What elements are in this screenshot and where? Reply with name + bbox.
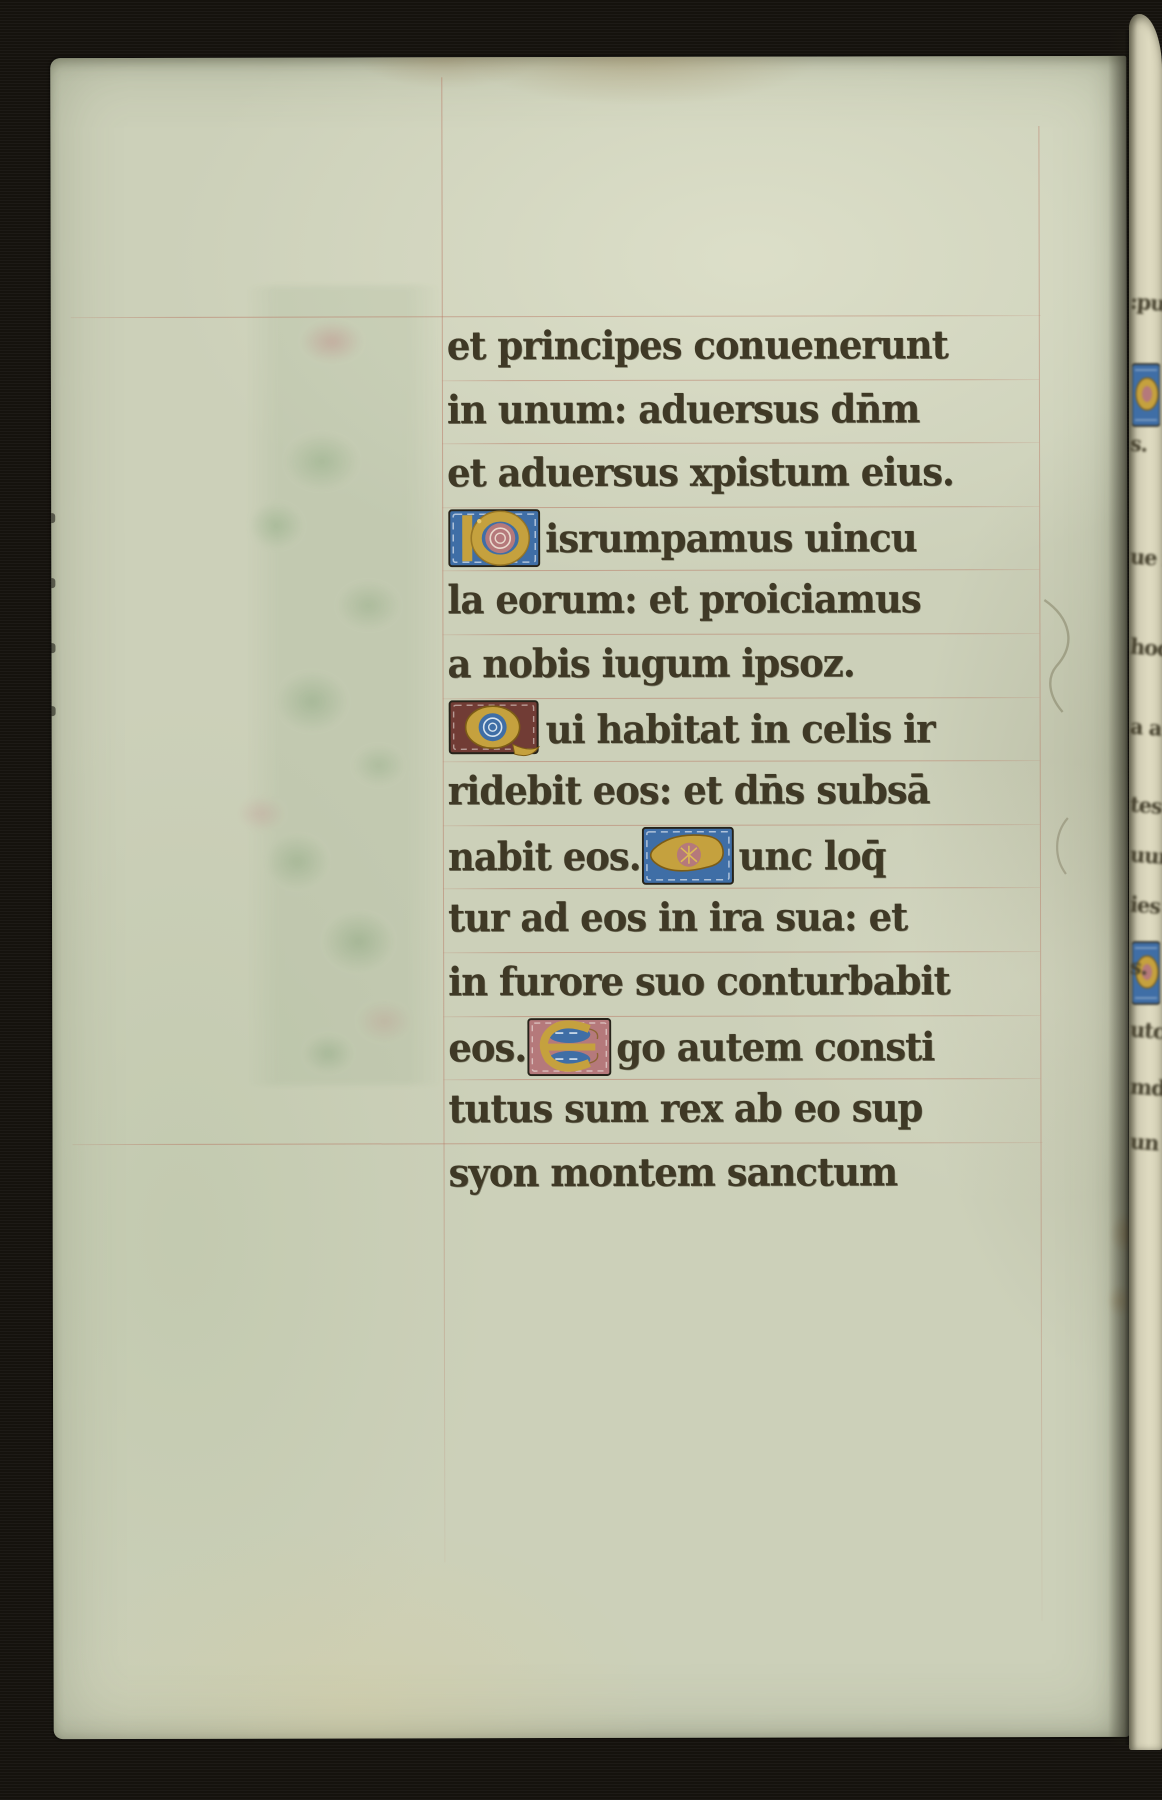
edge-text-fragment: uun xyxy=(1129,842,1162,870)
gothic-text: in unum: aduersus dn̄m xyxy=(447,377,920,439)
manuscript-text-line: isrumpamus uincu xyxy=(447,508,1007,573)
gothic-text: syon montem sanctum xyxy=(449,1141,898,1203)
gothic-text: unc loq̄ xyxy=(739,825,886,887)
illuminated-initial-e xyxy=(527,1018,611,1076)
binding-notch xyxy=(50,578,55,588)
manuscript-text-line: in unum: aduersus dn̄m xyxy=(447,381,1007,446)
gothic-text: ridebit eos: et dn̄s subsā xyxy=(448,759,930,821)
illuminated-initial-d xyxy=(448,509,540,567)
gothic-text: a nobis iugum ipsoz. xyxy=(447,632,854,694)
edge-text-fragment: a a u xyxy=(1129,714,1162,742)
facing-page-edge: :pud s.ue filhodua a utes luuunies b s.u… xyxy=(1129,14,1162,1750)
manuscript-text-line: la eorum: et proiciamus xyxy=(447,572,1007,637)
manuscript-text-line: in furore suo conturbabit xyxy=(448,953,1008,1018)
gothic-text: et aduersus xpistum eius. xyxy=(447,441,954,504)
edge-text-fragment: ies b xyxy=(1129,892,1162,920)
illuminated-initial-q xyxy=(449,700,541,758)
gothic-text: isrumpamus uincu xyxy=(545,507,916,569)
manuscript-text-line: a nobis iugum ipsoz. xyxy=(447,635,1007,700)
manuscript-text-line: ridebit eos: et dn̄s subsā xyxy=(448,762,1008,827)
binding-notch xyxy=(51,706,56,716)
edge-text-fragment: un xyxy=(1129,1129,1162,1157)
gothic-text: et principes conuenerunt xyxy=(447,314,948,377)
gothic-text: eos. xyxy=(448,1016,526,1078)
binding-notch xyxy=(50,643,55,653)
manuscript-text-line: et aduersus xpistum eius. xyxy=(447,444,1007,509)
manuscript-text-line: syon montem sanctum xyxy=(449,1144,1009,1209)
manuscript-text-line: tur ad eos in ira sua: et xyxy=(448,890,1008,955)
edge-text-fragment: s. xyxy=(1129,954,1162,982)
gothic-text: in furore suo conturbabit xyxy=(448,950,950,1013)
edge-text-fragment: utcl xyxy=(1129,1017,1162,1045)
manuscript-text-line: nabit eos. unc loq̄ xyxy=(448,826,1008,891)
gothic-text: la eorum: et proiciamus xyxy=(447,568,920,630)
text-block: et principes conueneruntin unum: aduersu… xyxy=(50,56,1130,1739)
manuscript-page: et principes conueneruntin unum: aduersu… xyxy=(50,56,1130,1739)
manuscript-text-line: ui habitat in celis ir xyxy=(448,699,1008,764)
gothic-text: nabit eos. xyxy=(448,825,641,887)
gothic-text: tutus sum rex ab eo sup xyxy=(448,1077,922,1139)
manuscript-text-line: et principes conuenerunt xyxy=(447,317,1007,382)
edge-text-fragment: md xyxy=(1129,1074,1162,1102)
manuscript-photo: et principes conueneruntin unum: aduersu… xyxy=(0,0,1162,1800)
edge-text-fragment: :pud xyxy=(1129,289,1162,317)
illuminated-initial-t xyxy=(642,826,734,884)
edge-text-fragment: hodu xyxy=(1129,634,1162,662)
edge-text-fragment: s. xyxy=(1129,431,1162,459)
edge-text-fragment: ue fil xyxy=(1129,544,1162,572)
stain-spots xyxy=(1093,1196,1130,1346)
binding-notch xyxy=(50,513,55,523)
gothic-text: go autem consti xyxy=(616,1015,934,1077)
edge-text-fragment: tes lu xyxy=(1129,792,1162,820)
edge-illuminated-initial-fragment xyxy=(1132,360,1160,430)
gothic-text: tur ad eos in ira sua: et xyxy=(448,886,907,948)
gothic-text: ui habitat in celis ir xyxy=(546,697,935,759)
manuscript-text-line: tutus sum rex ab eo sup xyxy=(448,1080,1008,1145)
manuscript-text-line: eos. go autem consti xyxy=(448,1017,1008,1082)
